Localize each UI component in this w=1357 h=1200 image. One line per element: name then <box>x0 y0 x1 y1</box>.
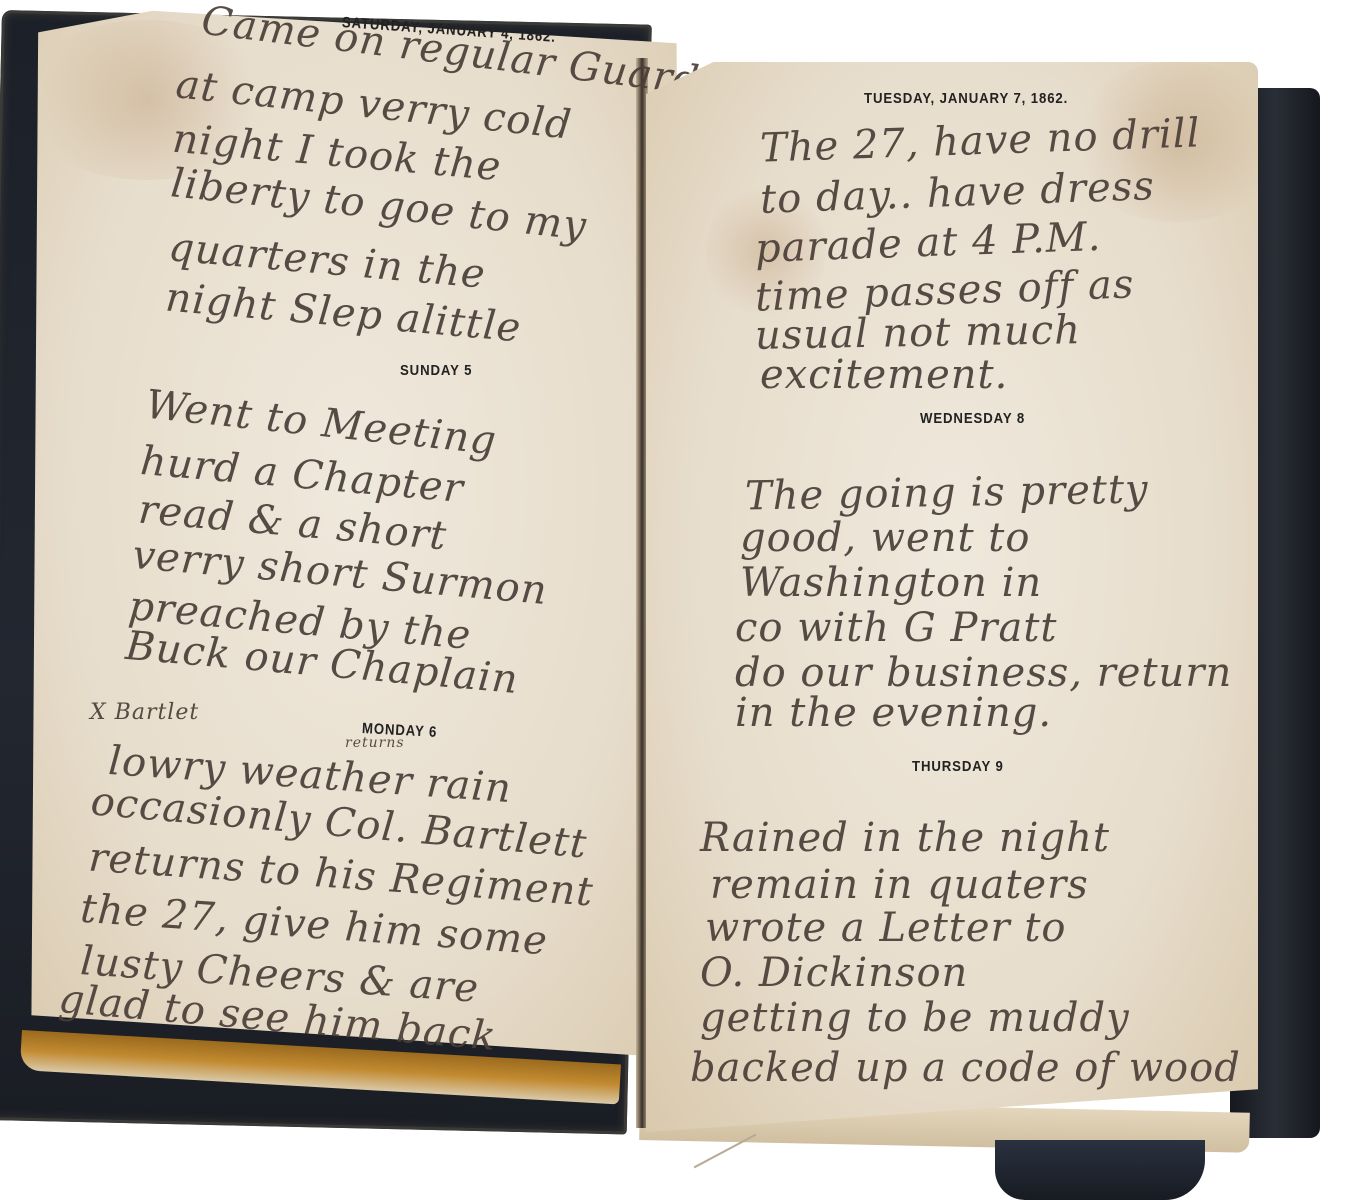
entry-line: backed up a code of wood <box>690 1045 1241 1091</box>
entry-line: O. Dickinson <box>700 950 968 996</box>
entry-line: in the evening. <box>735 690 1052 736</box>
date-header-sunday-5: SUNDAY 5 <box>400 362 472 379</box>
entry-line: co with G Pratt <box>735 605 1057 651</box>
entry-line: The going is pretty <box>745 466 1149 519</box>
diary-photo: SATURDAY, JANUARY 4, 1862. Came on regul… <box>0 0 1357 1200</box>
margin-note: X Bartlet <box>90 700 199 725</box>
entry-line: Washington in <box>740 560 1042 606</box>
date-header-wednesday-8: WEDNESDAY 8 <box>920 410 1025 427</box>
entry-line: getting to be muddy <box>700 995 1130 1041</box>
date-header-thursday-9: THURSDAY 9 <box>912 758 1004 775</box>
leather-tab <box>995 1140 1205 1200</box>
entry-line: remain in quaters <box>710 862 1089 908</box>
entry-line: excitement. <box>760 352 1008 398</box>
date-header-jan-7: TUESDAY, JANUARY 7, 1862. <box>864 90 1068 107</box>
entry-line: wrote a Letter to <box>705 905 1067 951</box>
entry-line: good, went to <box>740 515 1030 561</box>
margin-note-sub: returns <box>345 735 405 751</box>
entry-line: Rained in the night <box>700 815 1110 861</box>
